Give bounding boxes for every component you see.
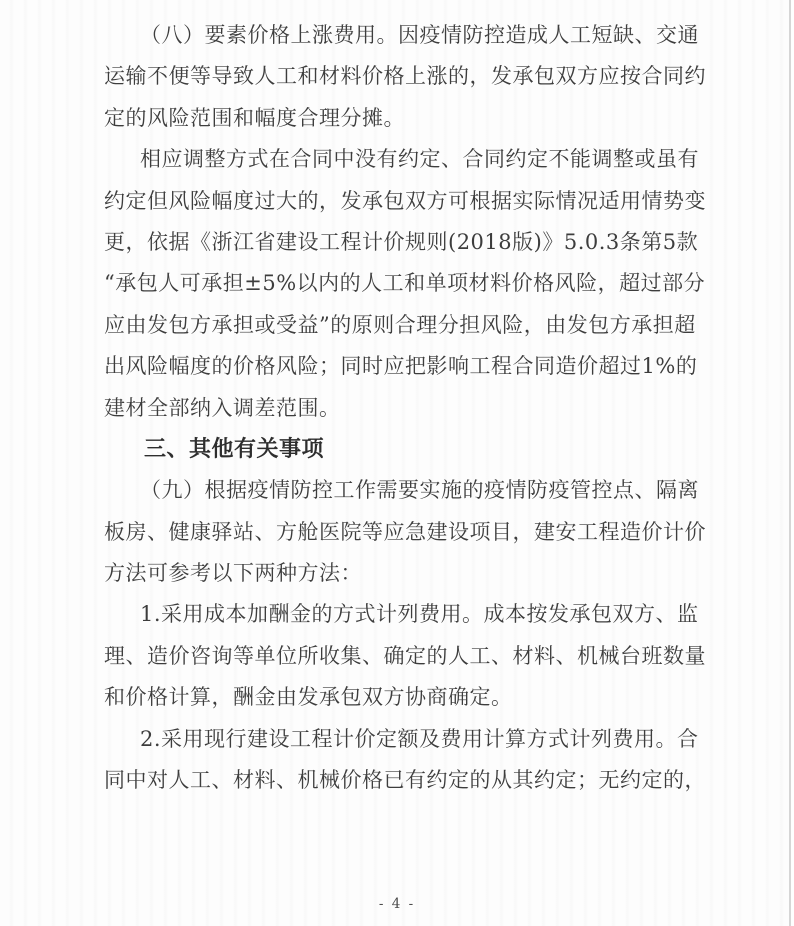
document-line: 建材全部纳入调差范围。 xyxy=(104,388,690,429)
document-line: 1.采用成本加酬金的方式计列费用。成本按发承包双方、监 xyxy=(104,594,690,635)
document-line: 更，依据《浙江省建设工程计价规则(2018版)》5.0.3条第5款 xyxy=(104,222,690,263)
document-line: 定的风险范围和幅度合理分摊。 xyxy=(104,98,690,139)
document-line: 应由发包方承担或受益”的原则合理分担风险，由发包方承担超 xyxy=(104,305,690,346)
document-line: 约定但风险幅度过大的，发承包双方可根据实际情况适用情势变 xyxy=(104,181,690,222)
document-body: （八）要素价格上涨费用。因疫情防控造成人工短缺、交通 运输不便等导致人工和材料价… xyxy=(104,15,690,801)
page-number: - 4 - xyxy=(0,896,794,912)
document-line: 理、造价咨询等单位所收集、确定的人工、材料、机械台班数量 xyxy=(104,636,690,677)
document-line: 同中对人工、材料、机械价格已有约定的从其约定；无约定的， xyxy=(104,760,690,801)
document-line: 方法可参考以下两种方法： xyxy=(104,553,690,594)
document-line: 和价格计算，酬金由发承包双方协商确定。 xyxy=(104,677,690,718)
document-line: 2.采用现行建设工程计价定额及费用计算方式计列费用。合 xyxy=(104,719,690,760)
section-heading: 三、其他有关事项 xyxy=(104,429,690,470)
document-line: 运输不便等导致人工和材料价格上涨的，发承包双方应按合同约 xyxy=(104,56,690,97)
document-line: 出风险幅度的价格风险；同时应把影响工程合同造价超过1%的 xyxy=(104,346,690,387)
document-line: 相应调整方式在合同中没有约定、合同约定不能调整或虽有 xyxy=(104,139,690,180)
document-line: （九）根据疫情防控工作需要实施的疫情防疫管控点、隔离 xyxy=(104,470,690,511)
document-line: （八）要素价格上涨费用。因疫情防控造成人工短缺、交通 xyxy=(104,15,690,56)
document-page: （八）要素价格上涨费用。因疫情防控造成人工短缺、交通 运输不便等导致人工和材料价… xyxy=(0,0,794,926)
document-line: “承包人可承担±5%以内的人工和单项材料价格风险，超过部分 xyxy=(104,263,690,304)
document-line: 板房、健康驿站、方舱医院等应急建设项目，建安工程造价计价 xyxy=(104,512,690,553)
